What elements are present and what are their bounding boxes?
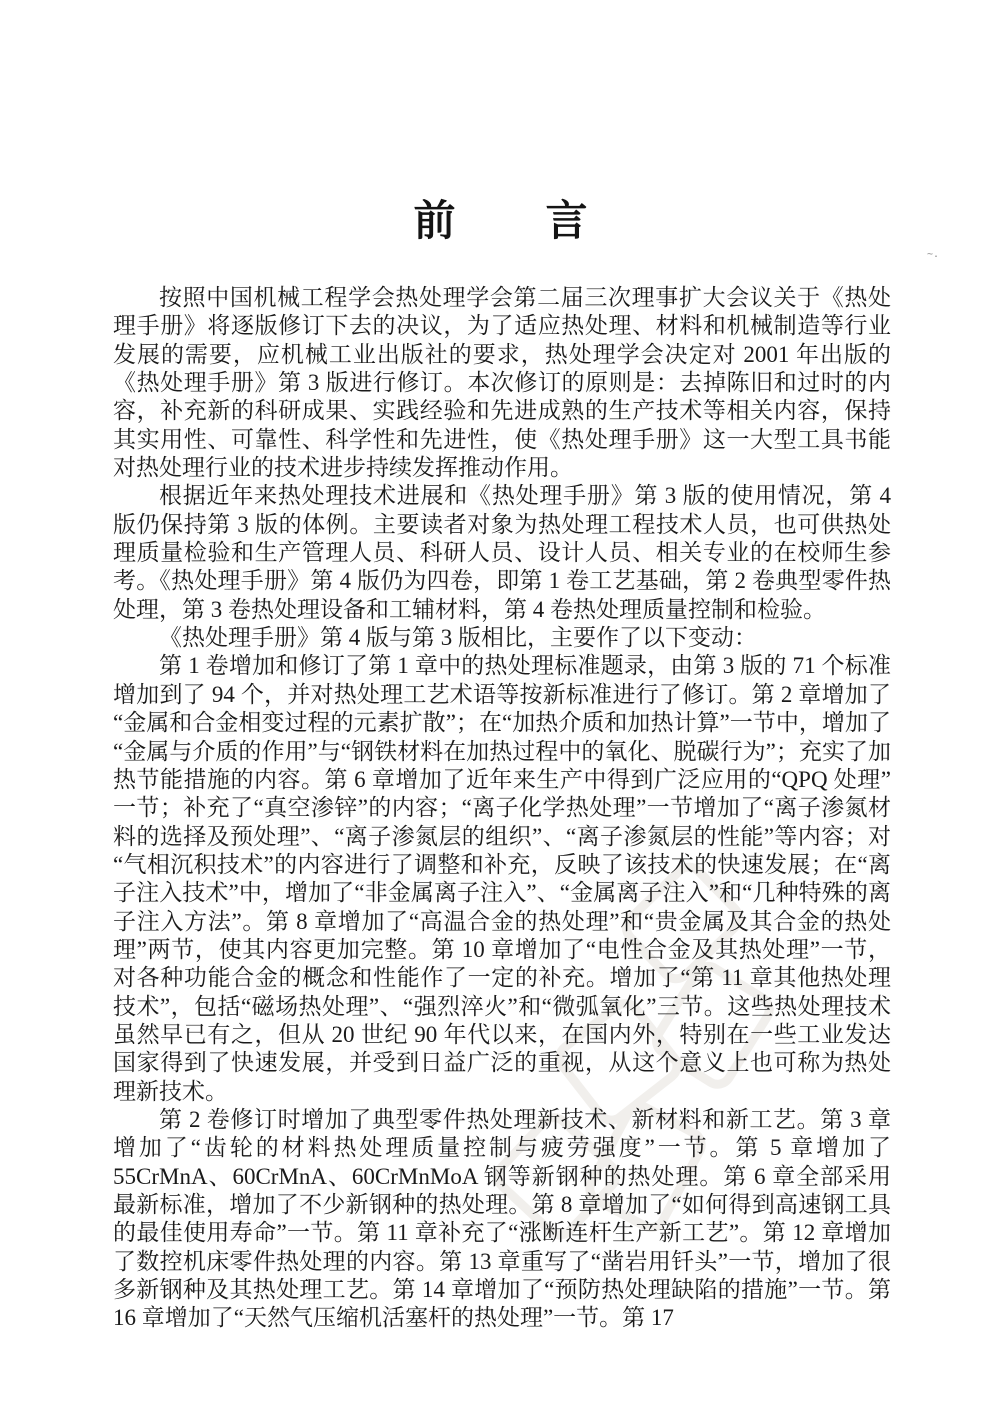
scan-artifact-speck: ~. (927, 252, 939, 257)
page-title: 前 言 (112, 188, 891, 248)
paragraph-4: 第 1 卷增加和修订了第 1 章中的热处理标准题录，由第 3 版的 71 个标准… (113, 652, 891, 1106)
paragraph-2: 根据近年来热处理技术进展和《热处理手册》第 3 版的使用情况，第 4 版仍保持第… (113, 482, 891, 624)
scanned-page: 前 言 ~. 按照中国机械工程学会热处理学会第二届三次理事扩大会议关于《热处理手… (0, 0, 992, 1403)
paragraph-1: 按照中国机械工程学会热处理学会第二届三次理事扩大会议关于《热处理手册》将逐版修订… (113, 284, 891, 482)
paragraph-3: 《热处理手册》第 4 版与第 3 版相比，主要作了以下变动： (113, 624, 891, 652)
paragraph-5: 第 2 卷修订时增加了典型零件热处理新技术、新材料和新工艺。第 3 章增加了“齿… (113, 1106, 891, 1333)
document-body: 按照中国机械工程学会热处理学会第二届三次理事扩大会议关于《热处理手册》将逐版修订… (113, 284, 891, 1333)
